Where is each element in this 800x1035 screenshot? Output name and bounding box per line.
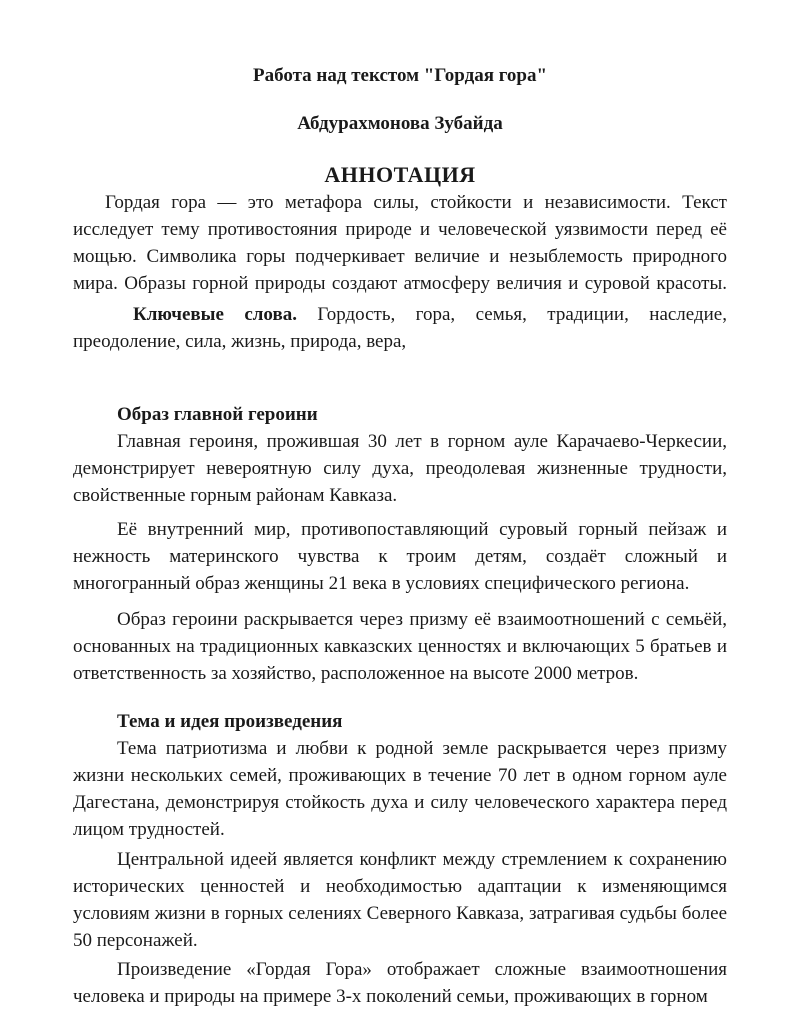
annotation-paragraph: Гордая гора — это метафора силы, стойкос… [73,189,727,297]
paragraph-theme-2: Центральной идеей является конфликт межд… [73,846,727,954]
keywords-paragraph: Ключевые слова. Гордость, гора, семья, т… [73,301,727,355]
section-heading-theme-and-idea: Тема и идея произведения [73,708,727,735]
document-title: Работа над текстом "Гордая гора" [73,62,727,89]
document-author: Абдурахмонова Зубайда [73,110,727,137]
paragraph-heroine-1: Главная героиня, прожившая 30 лет в горн… [73,428,727,509]
section-heading-image-of-heroine: Образ главной героини [73,401,727,428]
paragraph-theme-1: Тема патриотизма и любви к родной земле … [73,735,727,843]
document-page: Работа над текстом "Гордая гора" Абдурах… [0,0,800,1035]
paragraph-theme-3: Произведение «Гордая Гора» отображает сл… [73,956,727,1010]
paragraph-heroine-2: Её внутренний мир, противопоставляющий с… [73,516,727,597]
keywords-label: Ключевые слова. [133,304,297,325]
annotation-heading: АННОТАЦИЯ [73,160,727,189]
paragraph-heroine-3: Образ героини раскрывается через призму … [73,606,727,687]
